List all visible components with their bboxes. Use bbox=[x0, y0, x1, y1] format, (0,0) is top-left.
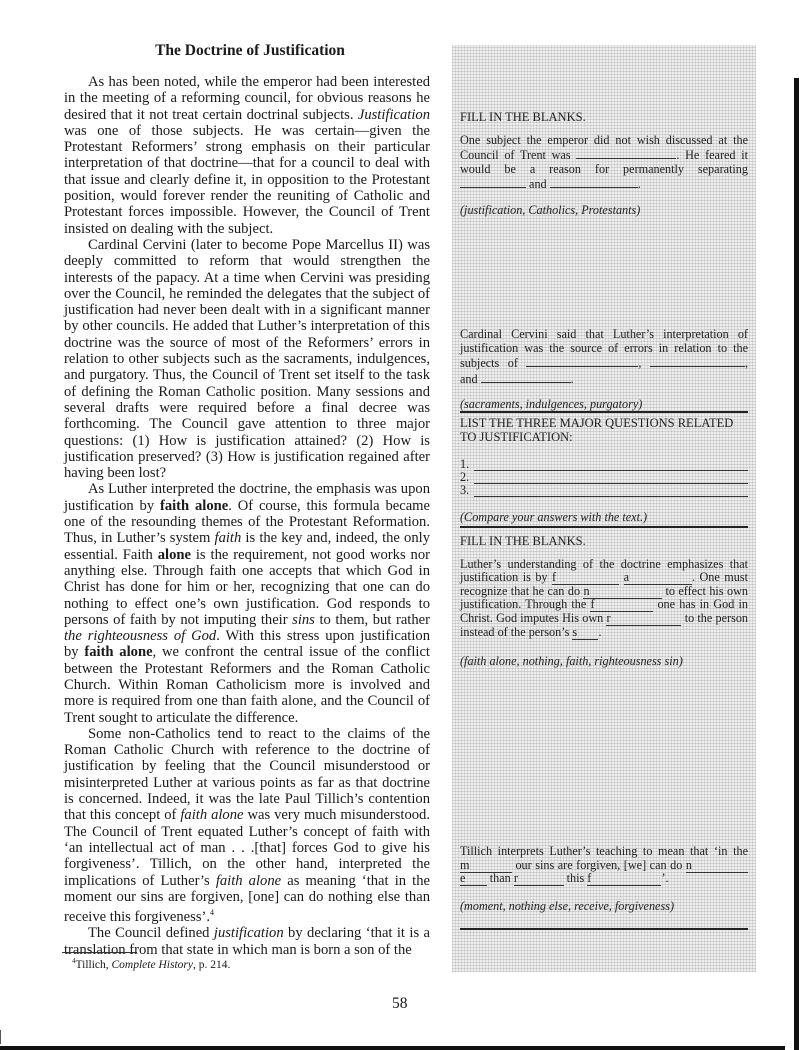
answer-line-3[interactable]: 3. bbox=[460, 484, 748, 497]
answer-blank[interactable] bbox=[576, 147, 676, 159]
body-paragraph: As has been noted, while the emperor had… bbox=[64, 74, 430, 237]
text: and bbox=[529, 177, 547, 191]
scan-edge-right bbox=[794, 78, 799, 1050]
text: . bbox=[598, 625, 601, 639]
text: , bbox=[638, 356, 641, 370]
text: this bbox=[564, 871, 588, 885]
hint-letter: e bbox=[460, 871, 465, 885]
answer-blank[interactable]: r bbox=[514, 871, 564, 886]
footnote-rest: , p. 214. bbox=[193, 959, 230, 971]
answer-key: (faith alone, nothing, faith, righteousn… bbox=[460, 655, 748, 669]
section-text: Cardinal Cervini said that Luther’s inte… bbox=[460, 328, 748, 386]
answer-key: (moment, nothing else, receive, forgiven… bbox=[460, 900, 748, 914]
section-divider bbox=[460, 526, 748, 528]
hint-letter: r bbox=[606, 611, 610, 625]
body-text: As has been noted, while the emperor had… bbox=[64, 74, 430, 958]
section-heading: FILL IN THE BLANKS. bbox=[460, 111, 748, 125]
answer-blank[interactable] bbox=[460, 176, 526, 188]
text: Tillich interprets Luther’s teaching to … bbox=[460, 844, 748, 858]
section-text: Tillich interprets Luther’s teaching to … bbox=[460, 845, 748, 886]
text: than bbox=[487, 871, 514, 885]
body-paragraph: Some non-Catholics tend to react to the … bbox=[64, 726, 430, 925]
text: . bbox=[638, 177, 641, 191]
answer-blank[interactable] bbox=[550, 176, 638, 188]
answer-blank[interactable]: e bbox=[460, 871, 487, 886]
hint-letter: f bbox=[590, 597, 594, 611]
answer-blank[interactable] bbox=[474, 486, 748, 497]
scan-edge-bottom bbox=[0, 1046, 785, 1050]
body-paragraph: The Council defined justification by dec… bbox=[64, 925, 430, 958]
answer-key: (sacraments, indulgences, purgatory) bbox=[460, 398, 748, 412]
hint-letter: m bbox=[460, 858, 469, 872]
item-number: 3. bbox=[460, 484, 474, 498]
hint-letter: s bbox=[572, 625, 577, 639]
fill-blanks-section-2: Cardinal Cervini said that Luther’s inte… bbox=[460, 328, 748, 412]
fill-blanks-section-3: FILL IN THE BLANKS. Luther’s understandi… bbox=[460, 535, 748, 669]
answer-blank[interactable] bbox=[650, 355, 745, 367]
answer-blank[interactable] bbox=[526, 355, 638, 367]
answer-key: (justification, Catholics, Protestants) bbox=[460, 204, 748, 218]
section-heading: FILL IN THE BLANKS. bbox=[460, 535, 748, 549]
body-paragraph: Cardinal Cervini (later to become Pope M… bbox=[64, 237, 430, 481]
hint-letter: f bbox=[587, 871, 591, 885]
hint-letter: a bbox=[624, 570, 629, 584]
answer-blank[interactable] bbox=[474, 460, 748, 471]
section-divider bbox=[460, 411, 748, 413]
section-heading: LIST THE THREE MAJOR QUESTIONS RELATED T… bbox=[460, 417, 748, 444]
footnote: 4Tillich, Complete History, p. 214. bbox=[72, 957, 230, 971]
hint-letter: r bbox=[514, 871, 518, 885]
text: our sins are forgiven, [we] can do bbox=[512, 858, 686, 872]
answer-line-1[interactable]: 1. bbox=[460, 458, 748, 471]
study-sidebar: FILL IN THE BLANKS. One subject the empe… bbox=[452, 45, 756, 972]
text: . bbox=[571, 372, 574, 386]
hint-letter: n bbox=[583, 584, 589, 598]
answer-blank[interactable]: n bbox=[686, 858, 748, 873]
answer-line-2[interactable]: 2. bbox=[460, 471, 748, 484]
answer-blank[interactable]: r bbox=[606, 611, 681, 626]
footnote-author: Tillich, bbox=[76, 959, 112, 971]
body-paragraph: As Luther interpreted the doctrine, the … bbox=[64, 481, 430, 725]
hint-letter: f bbox=[552, 570, 556, 584]
footnote-work: Complete History bbox=[112, 959, 193, 971]
page-number: 58 bbox=[392, 995, 408, 1013]
section-text: Luther’s understanding of the doctrine e… bbox=[460, 558, 748, 640]
fill-blanks-section-4: Tillich interprets Luther’s teaching to … bbox=[460, 845, 748, 913]
page-title: The Doctrine of Justification bbox=[60, 42, 440, 60]
fill-blanks-section-1: FILL IN THE BLANKS. One subject the empe… bbox=[460, 111, 748, 218]
answer-blank[interactable]: s bbox=[572, 625, 598, 640]
answer-key: (Compare your answers with the text.) bbox=[460, 511, 748, 525]
footnote-rule bbox=[62, 952, 137, 953]
scan-edge-left bbox=[0, 1030, 1, 1044]
answer-blank[interactable] bbox=[481, 371, 571, 383]
list-questions-section: LIST THE THREE MAJOR QUESTIONS RELATED T… bbox=[460, 417, 748, 525]
section-divider bbox=[460, 928, 748, 930]
hint-letter: n bbox=[686, 858, 692, 872]
section-text: One subject the emperor did not wish dis… bbox=[460, 134, 748, 192]
answer-blank[interactable] bbox=[474, 473, 748, 484]
text: ’. bbox=[661, 871, 668, 885]
answer-blank[interactable]: f bbox=[587, 871, 661, 886]
